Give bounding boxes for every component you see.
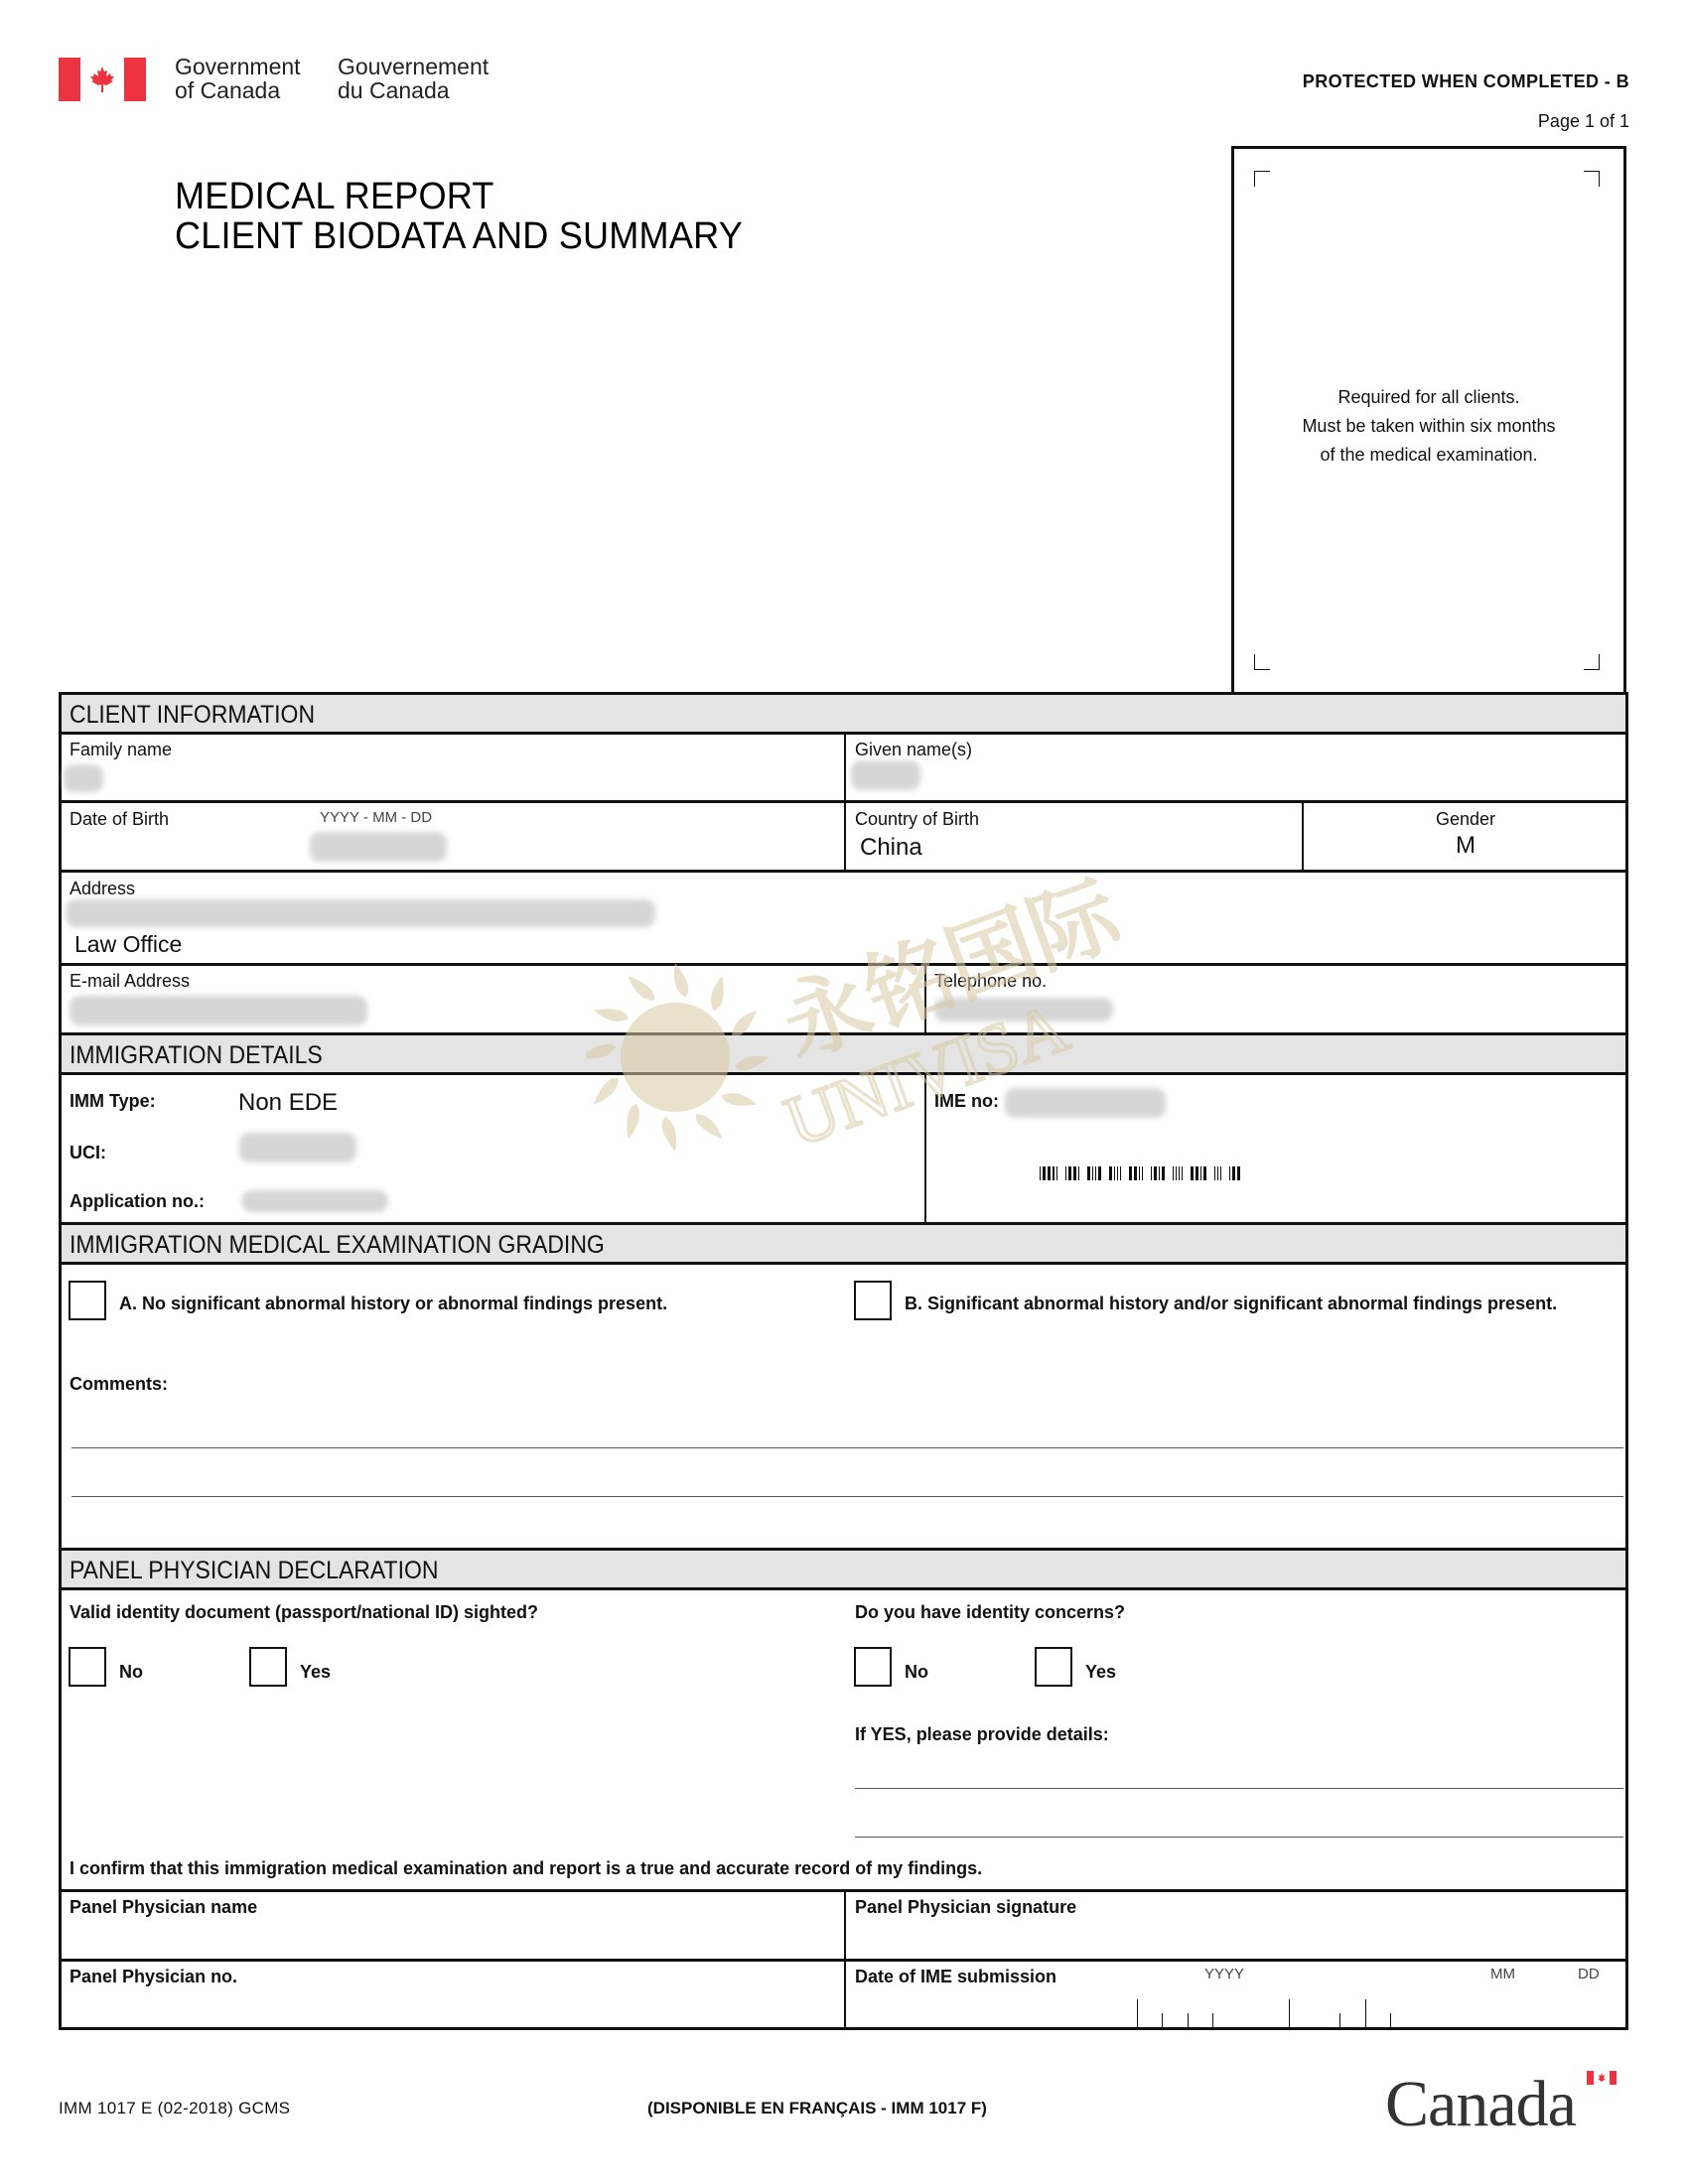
corner-mark-icon — [1254, 171, 1270, 187]
photo-instructions: Required for all clients. Must be taken … — [1234, 383, 1623, 470]
dob-format-hint: YYYY - MM - DD — [320, 809, 432, 826]
details-line-1[interactable] — [855, 1788, 1623, 1789]
dob-field[interactable] — [310, 832, 447, 862]
submission-date-label: Date of IME submission — [855, 1967, 1056, 1987]
id-concerns-yes-checkbox[interactable] — [1035, 1647, 1072, 1687]
uci-label: UCI: — [70, 1143, 106, 1163]
date-yyyy-hint: YYYY — [1175, 1966, 1274, 1982]
maple-leaf-icon — [89, 66, 115, 93]
comments-label: Comments: — [70, 1374, 168, 1395]
french-availability-notice: (DISPONIBLE EN FRANÇAIS - IMM 1017 F) — [647, 2099, 987, 2118]
imm-type-value[interactable]: Non EDE — [238, 1089, 338, 1117]
section-grading: IMMIGRATION MEDICAL EXAMINATION GRADING — [62, 1225, 1625, 1263]
ime-no-label: IME no: — [934, 1091, 999, 1112]
date-dd-hint: DD — [1578, 1966, 1600, 1982]
address-line2-value[interactable]: Law Office — [74, 931, 182, 958]
id-concerns-question: Do you have identity concerns? — [855, 1602, 1125, 1623]
grade-b-checkbox[interactable] — [854, 1281, 892, 1320]
barcode-icon — [1040, 1166, 1240, 1180]
id-concerns-yes-label: Yes — [1085, 1662, 1116, 1683]
application-no-label: Application no.: — [70, 1191, 205, 1212]
corner-mark-icon — [1584, 171, 1600, 187]
page-number: Page 1 of 1 — [1538, 111, 1629, 132]
email-label: E-mail Address — [70, 971, 190, 992]
email-field[interactable] — [70, 996, 367, 1025]
ime-no-field[interactable] — [1005, 1088, 1166, 1118]
canada-wordmark-flag-icon — [1587, 2071, 1617, 2085]
corner-mark-icon — [1254, 654, 1270, 670]
uci-field[interactable] — [239, 1133, 356, 1162]
grade-a-label: A. No significant abnormal history or ab… — [119, 1294, 667, 1314]
physician-no-label: Panel Physician no. — [70, 1967, 237, 1987]
comments-line-1[interactable] — [71, 1447, 1623, 1448]
section-immigration-details: IMMIGRATION DETAILS — [62, 1035, 1625, 1073]
gender-label: Gender — [1303, 809, 1628, 830]
details-line-2[interactable] — [855, 1837, 1623, 1838]
photo-box[interactable]: Required for all clients. Must be taken … — [1231, 146, 1626, 692]
corner-mark-icon — [1584, 654, 1600, 670]
country-of-birth-label: Country of Birth — [855, 809, 979, 830]
given-names-label: Given name(s) — [855, 740, 972, 760]
grade-a-checkbox[interactable] — [69, 1281, 106, 1320]
confirmation-statement: I confirm that this immigration medical … — [70, 1858, 982, 1879]
page-title: MEDICAL REPORT CLIENT BIODATA AND SUMMAR… — [175, 177, 773, 256]
telephone-label: Telephone no. — [934, 971, 1047, 992]
date-mm-hint: MM — [1490, 1966, 1515, 1982]
id-sighted-no-checkbox[interactable] — [69, 1647, 106, 1687]
imm-type-label: IMM Type: — [70, 1091, 156, 1112]
given-names-field[interactable] — [851, 760, 920, 790]
id-concerns-no-checkbox[interactable] — [854, 1647, 892, 1687]
gender-value[interactable]: M — [1303, 832, 1628, 860]
id-sighted-question: Valid identity document (passport/nation… — [70, 1602, 538, 1623]
id-sighted-no-label: No — [119, 1662, 143, 1683]
id-sighted-yes-label: Yes — [300, 1662, 331, 1683]
physician-name-label: Panel Physician name — [70, 1897, 257, 1918]
canada-wordmark: Canada — [1385, 2067, 1576, 2142]
protected-label: PROTECTED WHEN COMPLETED - B — [1303, 71, 1629, 92]
section-physician-declaration: PANEL PHYSICIAN DECLARATION — [62, 1551, 1625, 1588]
government-of-canada-fr: Gouvernementdu Canada — [338, 55, 489, 102]
address-line1-field[interactable] — [66, 899, 655, 927]
medical-report-form — [59, 692, 1628, 2030]
comments-line-2[interactable] — [71, 1496, 1623, 1497]
section-client-information: CLIENT INFORMATION — [62, 695, 1625, 733]
government-of-canada-en: Governmentof Canada — [175, 55, 301, 102]
physician-signature-label: Panel Physician signature — [855, 1897, 1076, 1918]
form-code: IMM 1017 E (02-2018) GCMS — [59, 2099, 290, 2118]
family-name-label: Family name — [70, 740, 172, 760]
dob-label: Date of Birth — [70, 809, 169, 830]
id-concerns-no-label: No — [905, 1662, 928, 1683]
address-label: Address — [70, 879, 135, 899]
family-name-field[interactable] — [64, 764, 103, 792]
country-of-birth-value[interactable]: China — [860, 834, 922, 862]
details-label: If YES, please provide details: — [855, 1724, 1109, 1745]
grade-b-label: B. Significant abnormal history and/or s… — [905, 1294, 1557, 1314]
id-sighted-yes-checkbox[interactable] — [249, 1647, 287, 1687]
canada-flag-icon — [59, 58, 146, 101]
telephone-field[interactable] — [934, 998, 1113, 1022]
application-no-field[interactable] — [241, 1190, 388, 1212]
